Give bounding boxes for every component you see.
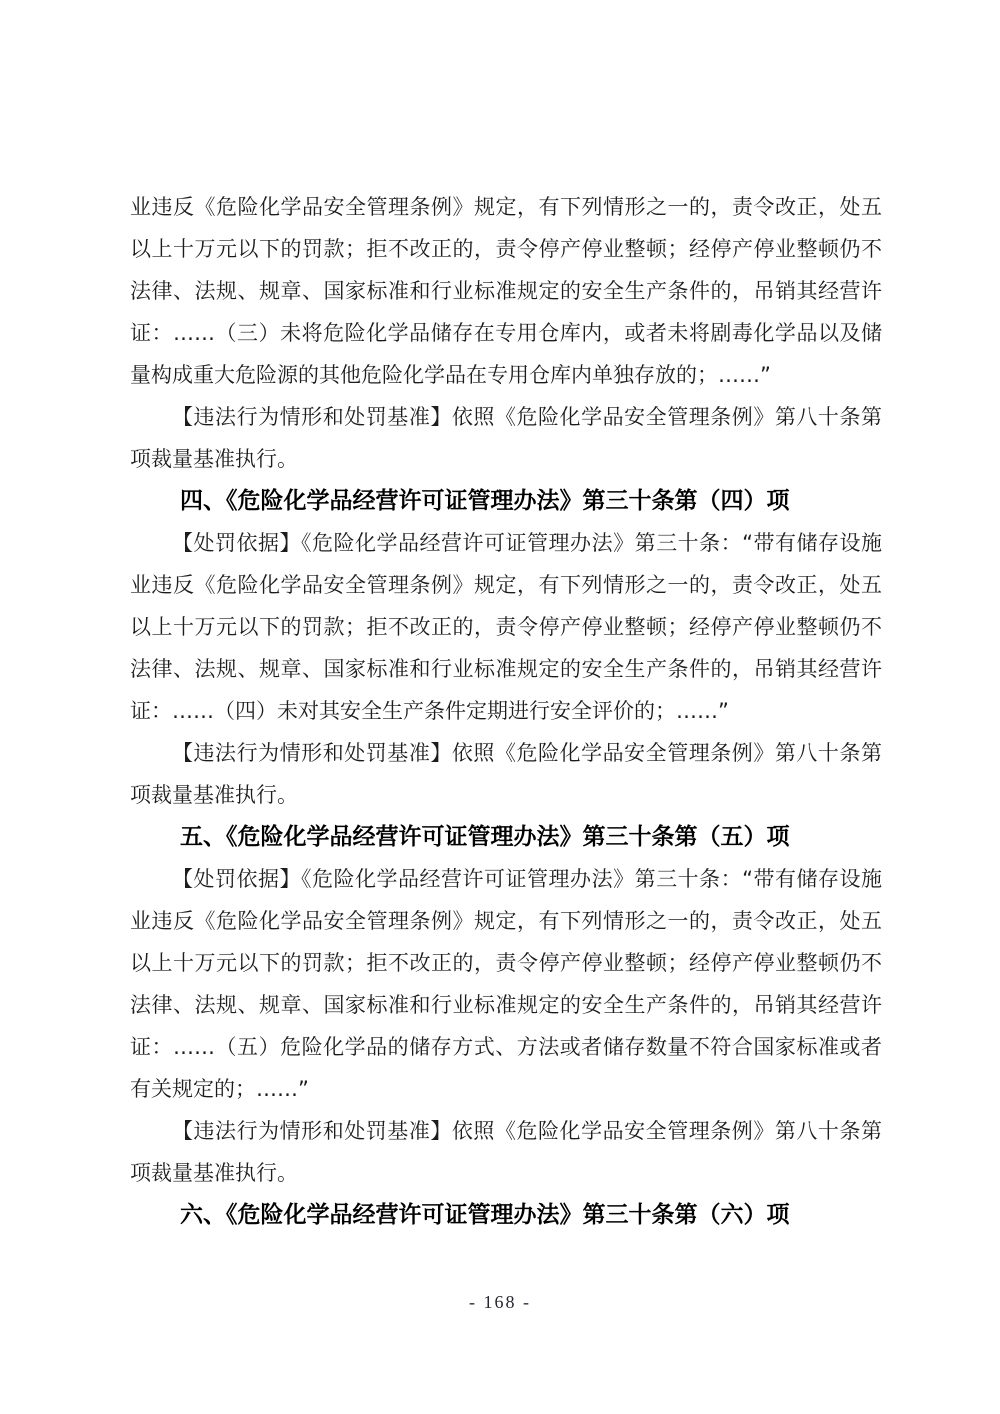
text-line: 项裁量基准执行。: [130, 1152, 882, 1194]
body-paragraph: 【违法行为情形和处罚基准】依照《危险化学品安全管理条例》第八十条第（五）项裁量基…: [130, 1110, 882, 1194]
text-line: 【处罚依据】《危险化学品经营许可证管理办法》第三十条：“带有储存设施的企: [130, 858, 882, 900]
text-line: 证：……（四）未对其安全生产条件定期进行安全评价的；……”: [130, 690, 882, 732]
body-paragraph: 【处罚依据】《危险化学品经营许可证管理办法》第三十条：“带有储存设施的企业违反《…: [130, 858, 882, 1110]
section-heading: 五、《危险化学品经营许可证管理办法》第三十条第（五）项: [130, 816, 882, 858]
text-line: 法律、法规、规章、国家标准和行业标准规定的安全生产条件的，吊销其经营许可: [130, 984, 882, 1026]
text-line: 证：……（三）未将危险化学品储存在专用仓库内，或者未将剧毒化学品以及储存数: [130, 312, 882, 354]
section-heading: 四、《危险化学品经营许可证管理办法》第三十条第（四）项: [130, 480, 882, 522]
page-number: - 168 -: [0, 1292, 1000, 1313]
text-line: 证：……（五）危险化学品的储存方式、方法或者储存数量不符合国家标准或者国家: [130, 1026, 882, 1068]
text-line: 量构成重大危险源的其他危险化学品在专用仓库内单独存放的；……”: [130, 354, 882, 396]
text-line: 项裁量基准执行。: [130, 438, 882, 480]
body-paragraph: 【违法行为情形和处罚基准】依照《危险化学品安全管理条例》第八十条第（三）项裁量基…: [130, 732, 882, 816]
text-line: 以上十万元以下的罚款；拒不改正的，责令停产停业整顿；经停产停业整顿仍不具备: [130, 942, 882, 984]
heading-text: 四、《危险化学品经营许可证管理办法》第三十条第（四）项: [130, 480, 882, 522]
text-line: 【处罚依据】《危险化学品经营许可证管理办法》第三十条：“带有储存设施的企: [130, 522, 882, 564]
text-line: 项裁量基准执行。: [130, 774, 882, 816]
body-paragraph: 【处罚依据】《危险化学品经营许可证管理办法》第三十条：“带有储存设施的企业违反《…: [130, 522, 882, 732]
text-line: 【违法行为情形和处罚基准】依照《危险化学品安全管理条例》第八十条第（五）: [130, 1110, 882, 1152]
text-line: 【违法行为情形和处罚基准】依照《危险化学品安全管理条例》第八十条第（三）: [130, 732, 882, 774]
text-line: 【违法行为情形和处罚基准】依照《危险化学品安全管理条例》第八十条第（四）: [130, 396, 882, 438]
text-line: 业违反《危险化学品安全管理条例》规定，有下列情形之一的，责令改正，处五万元: [130, 186, 882, 228]
text-line: 业违反《危险化学品安全管理条例》规定，有下列情形之一的，责令改正，处五万元: [130, 900, 882, 942]
heading-text: 六、《危险化学品经营许可证管理办法》第三十条第（六）项: [130, 1194, 882, 1236]
text-line: 以上十万元以下的罚款；拒不改正的，责令停产停业整顿；经停产停业整顿仍不具备: [130, 228, 882, 270]
document-body: 业违反《危险化学品安全管理条例》规定，有下列情形之一的，责令改正，处五万元以上十…: [130, 186, 882, 1236]
body-paragraph: 【违法行为情形和处罚基准】依照《危险化学品安全管理条例》第八十条第（四）项裁量基…: [130, 396, 882, 480]
heading-text: 五、《危险化学品经营许可证管理办法》第三十条第（五）项: [130, 816, 882, 858]
text-line: 法律、法规、规章、国家标准和行业标准规定的安全生产条件的，吊销其经营许可: [130, 270, 882, 312]
body-paragraph: 业违反《危险化学品安全管理条例》规定，有下列情形之一的，责令改正，处五万元以上十…: [130, 186, 882, 396]
text-line: 有关规定的；……”: [130, 1068, 882, 1110]
text-line: 法律、法规、规章、国家标准和行业标准规定的安全生产条件的，吊销其经营许可: [130, 648, 882, 690]
text-line: 以上十万元以下的罚款；拒不改正的，责令停产停业整顿；经停产停业整顿仍不具备: [130, 606, 882, 648]
section-heading: 六、《危险化学品经营许可证管理办法》第三十条第（六）项: [130, 1194, 882, 1236]
text-line: 业违反《危险化学品安全管理条例》规定，有下列情形之一的，责令改正，处五万元: [130, 564, 882, 606]
document-page: 业违反《危险化学品安全管理条例》规定，有下列情形之一的，责令改正，处五万元以上十…: [0, 0, 1000, 1414]
